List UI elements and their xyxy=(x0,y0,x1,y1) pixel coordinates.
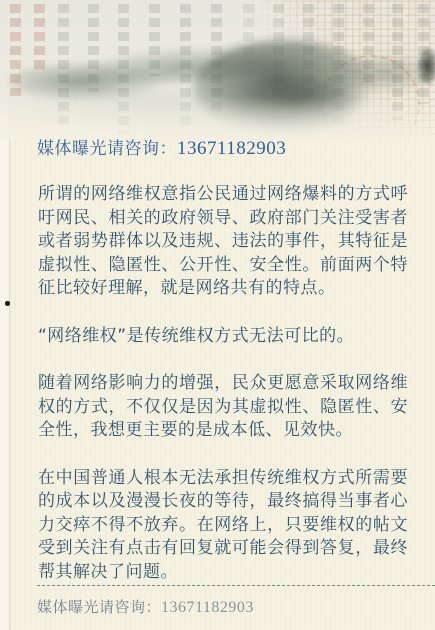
paragraph: 在中国普通人根本无法承担传统维权方式所需要的成本以及漫漫长夜的等待，最终搞得当事… xyxy=(38,467,408,585)
phone-number: 13671182903 xyxy=(161,599,254,616)
ink-blob-right-edge xyxy=(418,48,435,84)
contact-label: 媒体曝光请咨询： xyxy=(37,139,177,159)
contact-line-bottom: 媒体曝光请咨询：13671182903 xyxy=(37,596,254,617)
margin-bullet-dot xyxy=(5,301,10,306)
contact-line-top: 媒体曝光请咨询：13671182903 xyxy=(37,134,286,160)
dashed-separator xyxy=(37,585,435,586)
paragraph: 随着网络影响力的增强，民众更愿意采取网络维权的方式，不仅仅是因为其虚拟性、隐匿性… xyxy=(38,372,408,443)
paragraph-quote: “网络维权”是传统维权方式无法可比的。 xyxy=(38,325,408,349)
ink-wash-painting xyxy=(0,0,435,140)
phone-number: 13671182903 xyxy=(177,138,286,159)
contact-label: 媒体曝光请咨询： xyxy=(37,598,161,616)
article-body: 所谓的网络维权意指公民通过网络爆料的方式呼吁网民、相关的政府领导、政府部门关注受… xyxy=(38,183,408,608)
paragraph: 所谓的网络维权意指公民通过网络爆料的方式呼吁网民、相关的政府领导、政府部门关注受… xyxy=(38,183,408,301)
